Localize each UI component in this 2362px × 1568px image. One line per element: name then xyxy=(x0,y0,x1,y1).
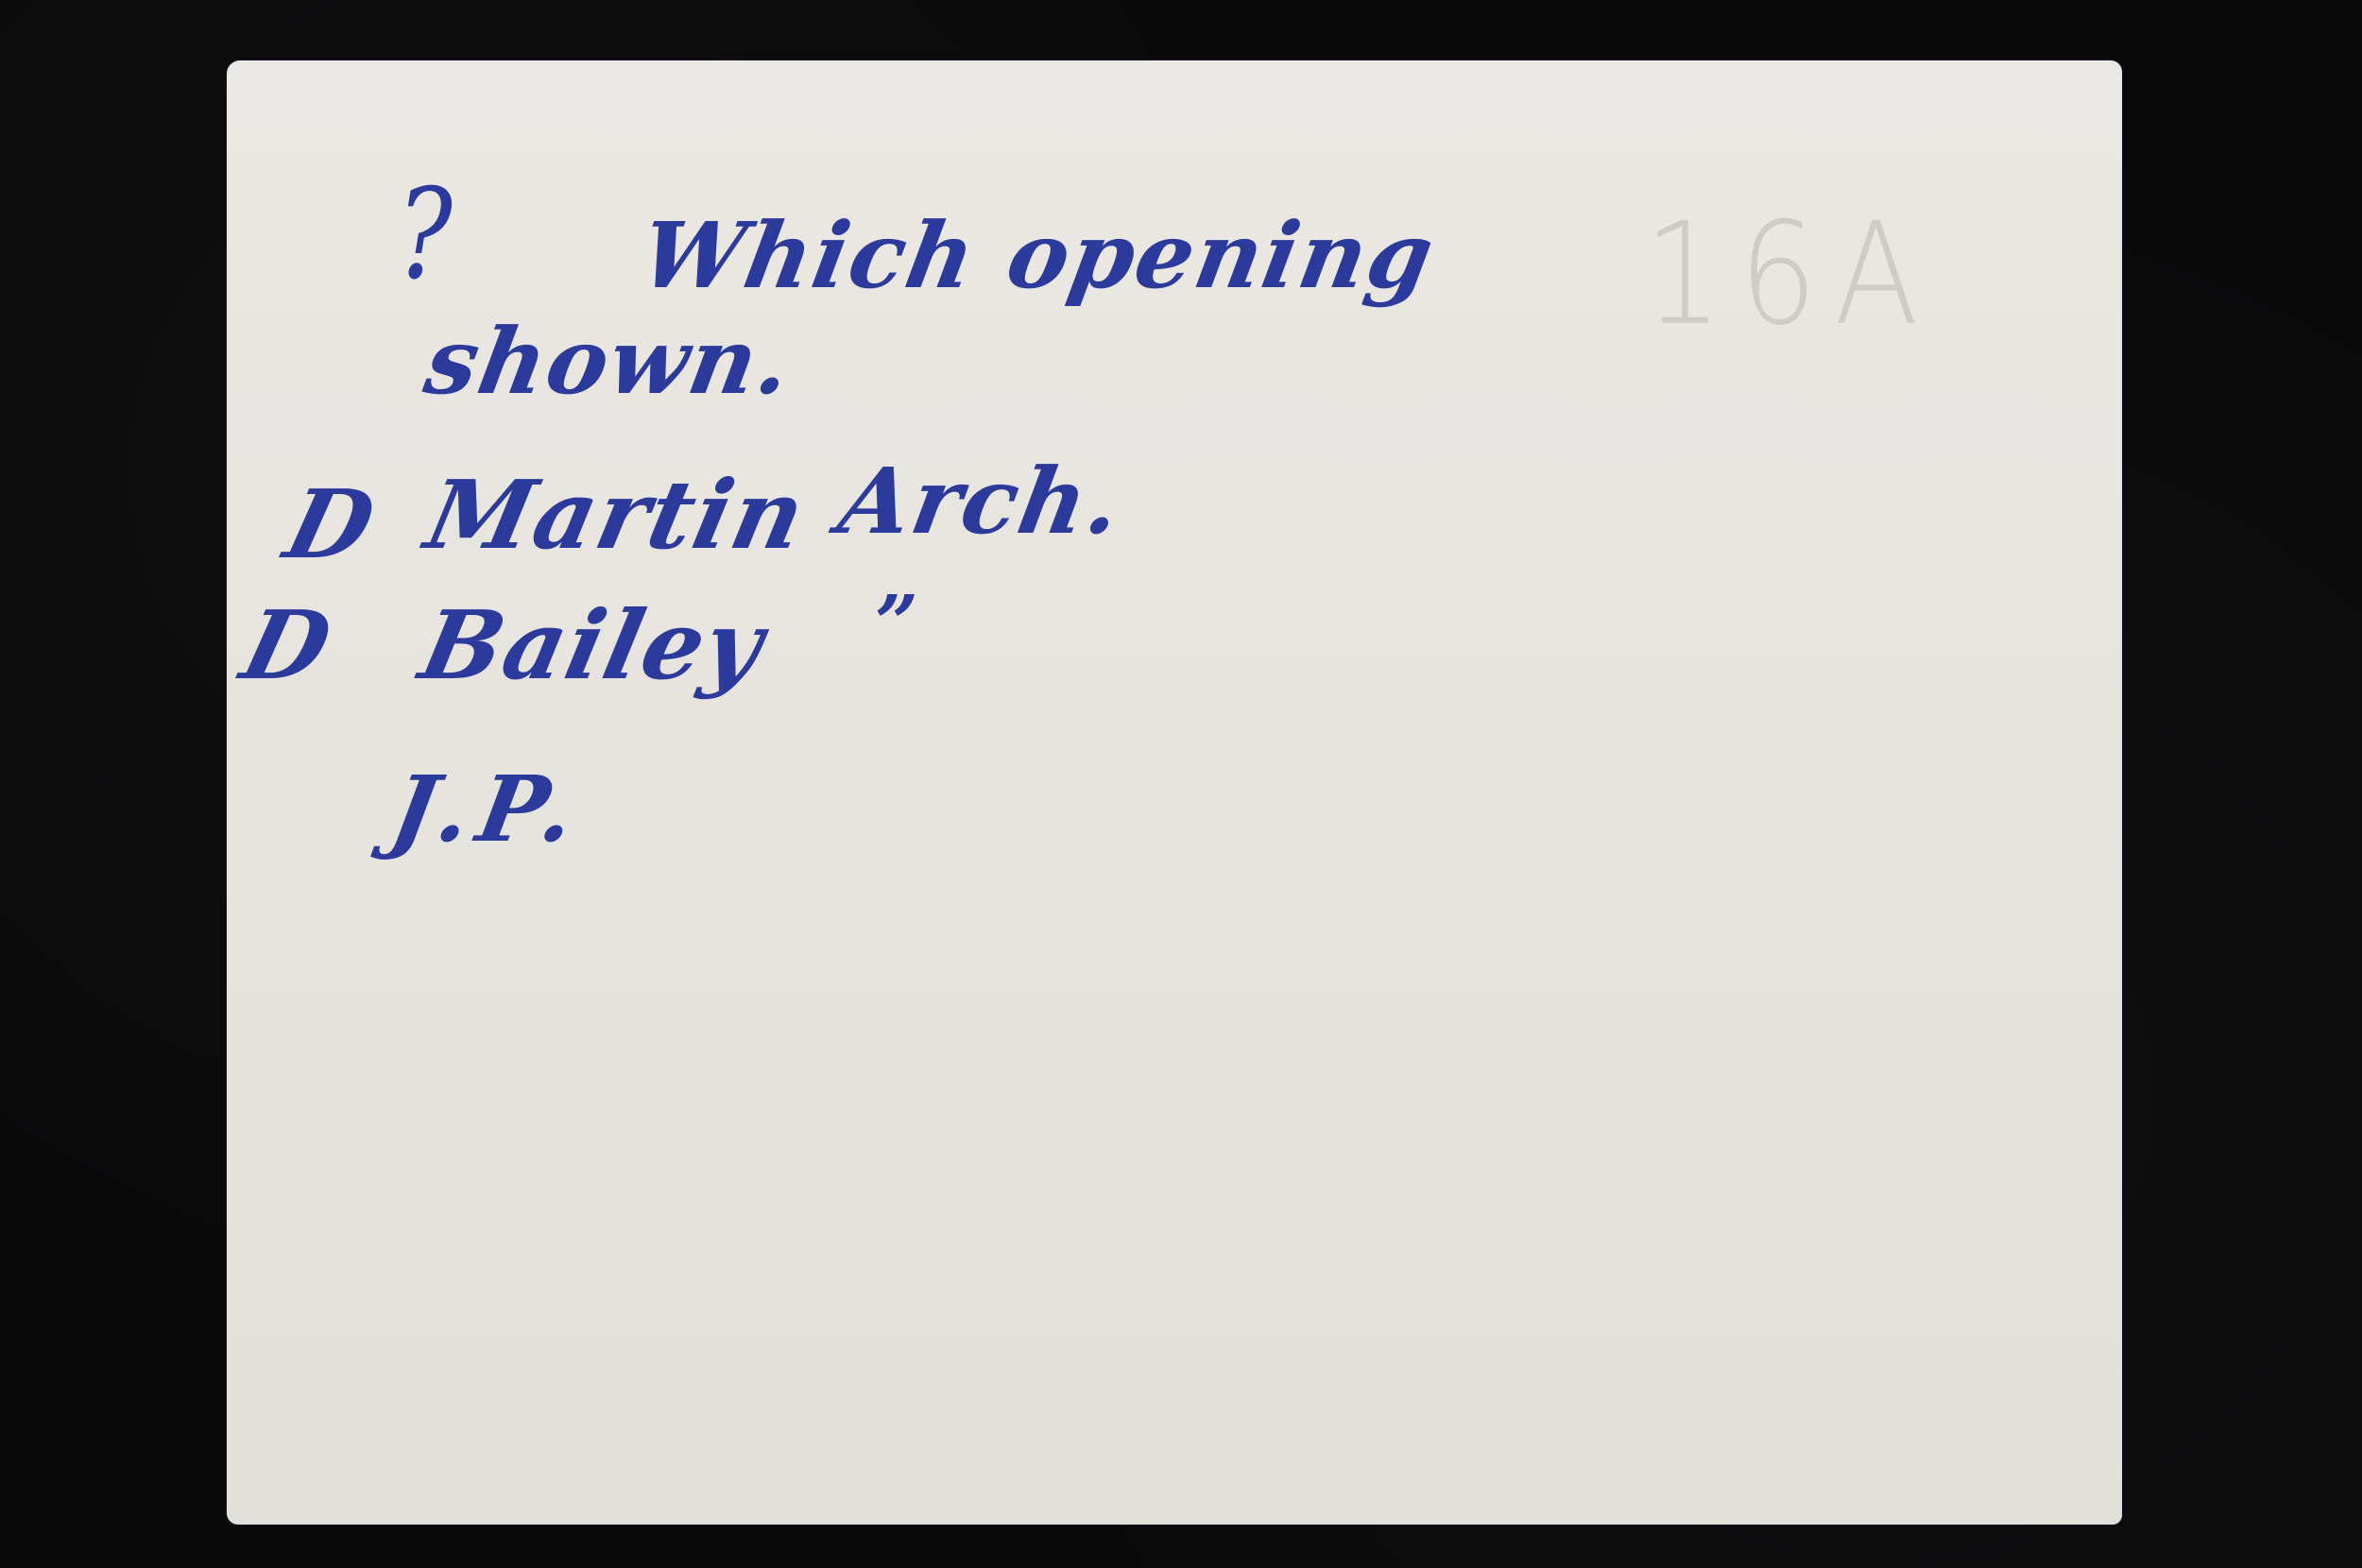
note-name-martin: Martin xyxy=(417,459,815,571)
note-role-arch: Arch. xyxy=(831,448,1131,554)
note-line-which-opening: Which opening xyxy=(633,202,1443,309)
photo-card-back: ? Which opening shown. D Martin Arch. D … xyxy=(227,60,2122,1525)
signature-initials: J.P. xyxy=(384,756,592,862)
note-line-3-prefix: D xyxy=(275,469,386,580)
question-mark: ? xyxy=(397,162,454,307)
note-line-4-prefix: D xyxy=(231,589,343,701)
note-name-bailey: Bailey xyxy=(411,589,774,701)
pencil-catalog-number: 16A xyxy=(1644,192,1935,357)
note-line-shown: shown. xyxy=(418,308,801,415)
ditto-mark: ” xyxy=(875,578,920,667)
